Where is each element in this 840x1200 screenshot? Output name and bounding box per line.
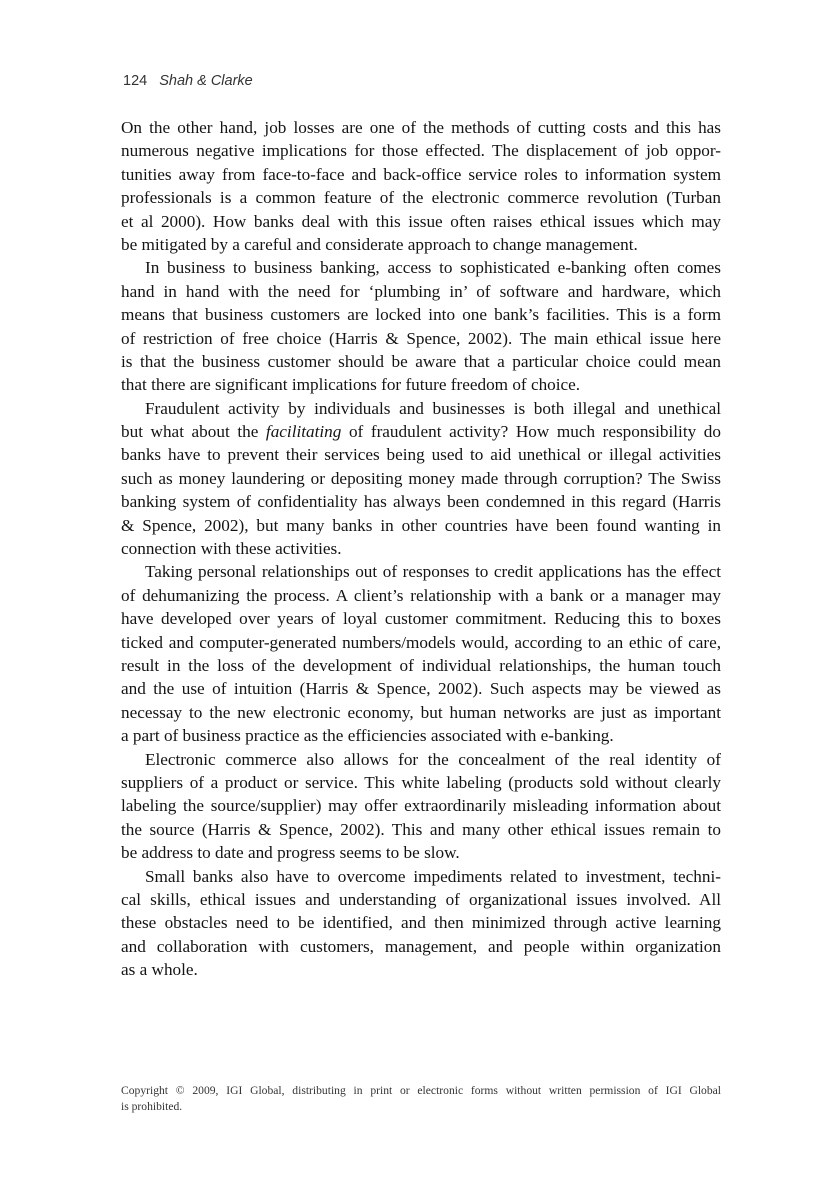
text-line: Taking personal relationships out of res…	[121, 560, 721, 583]
text-line: and collaboration with customers, manage…	[121, 935, 721, 958]
text-line: be mitigated by a careful and considerat…	[121, 233, 721, 256]
text-line: Fraudulent activity by individuals and b…	[121, 397, 721, 420]
text-line: the source (Harris & Spence, 2002). This…	[121, 818, 721, 841]
footer-line: Copyright © 2009, IGI Global, distributi…	[121, 1083, 721, 1099]
text-line: labeling the source/supplier) may offer …	[121, 794, 721, 817]
paragraph-2: In business to business banking, access …	[121, 256, 721, 396]
text-run: but what about the	[121, 422, 266, 441]
running-header-authors: Shah & Clarke	[159, 73, 253, 89]
page-number: 124	[123, 73, 147, 89]
paragraph-3: Fraudulent activity by individuals and b…	[121, 397, 721, 561]
text-line: a part of business practice as the effic…	[121, 724, 721, 747]
text-line: such as money laundering or depositing m…	[121, 467, 721, 490]
paragraph-1: On the other hand, job losses are one of…	[121, 116, 721, 256]
text-line: be address to date and progress seems to…	[121, 841, 721, 864]
text-line: & Spence, 2002), but many banks in other…	[121, 514, 721, 537]
text-line: connection with these activities.	[121, 537, 721, 560]
text-line: that there are significant implications …	[121, 373, 721, 396]
text-line: et al 2000). How banks deal with this is…	[121, 210, 721, 233]
body-text: On the other hand, job losses are one of…	[121, 116, 721, 981]
text-run: of fraudulent activity? How much respons…	[341, 422, 721, 441]
text-line: suppliers of a product or service. This …	[121, 771, 721, 794]
paragraph-5: Electronic commerce also allows for the …	[121, 748, 721, 865]
text-line: these obstacles need to be identified, a…	[121, 911, 721, 934]
text-line: result in the loss of the development of…	[121, 654, 721, 677]
text-line: banks have to prevent their services bei…	[121, 443, 721, 466]
text-line: cal skills, ethical issues and understan…	[121, 888, 721, 911]
paragraph-6: Small banks also have to overcome impedi…	[121, 865, 721, 982]
text-line: tunities away from face-to-face and back…	[121, 163, 721, 186]
text-line: In business to business banking, access …	[121, 256, 721, 279]
text-line: of restriction of free choice (Harris & …	[121, 327, 721, 350]
text-line: have developed over years of loyal custo…	[121, 607, 721, 630]
text-line: numerous negative implications for those…	[121, 139, 721, 162]
text-line: On the other hand, job losses are one of…	[121, 116, 721, 139]
running-header: 124 Shah & Clarke	[123, 73, 253, 89]
text-line: ticked and computer-generated numbers/mo…	[121, 631, 721, 654]
text-line: Electronic commerce also allows for the …	[121, 748, 721, 771]
text-line: banking system of confidentiality has al…	[121, 490, 721, 513]
text-line: means that business customers are locked…	[121, 303, 721, 326]
paragraph-4: Taking personal relationships out of res…	[121, 560, 721, 747]
text-line: as a whole.	[121, 958, 721, 981]
text-line: but what about the facilitating of fraud…	[121, 420, 721, 443]
text-line: of dehumanizing the process. A client’s …	[121, 584, 721, 607]
text-line: and the use of intuition (Harris & Spenc…	[121, 677, 721, 700]
text-line: is that the business customer should be …	[121, 350, 721, 373]
copyright-footer: Copyright © 2009, IGI Global, distributi…	[121, 1083, 721, 1115]
text-line: hand in hand with the need for ‘plumbing…	[121, 280, 721, 303]
emphasis-text: facilitating	[266, 422, 341, 441]
text-line: professionals is a common feature of the…	[121, 186, 721, 209]
text-line: necessay to the new electronic economy, …	[121, 701, 721, 724]
text-line: Small banks also have to overcome impedi…	[121, 865, 721, 888]
footer-line: is prohibited.	[121, 1099, 721, 1115]
